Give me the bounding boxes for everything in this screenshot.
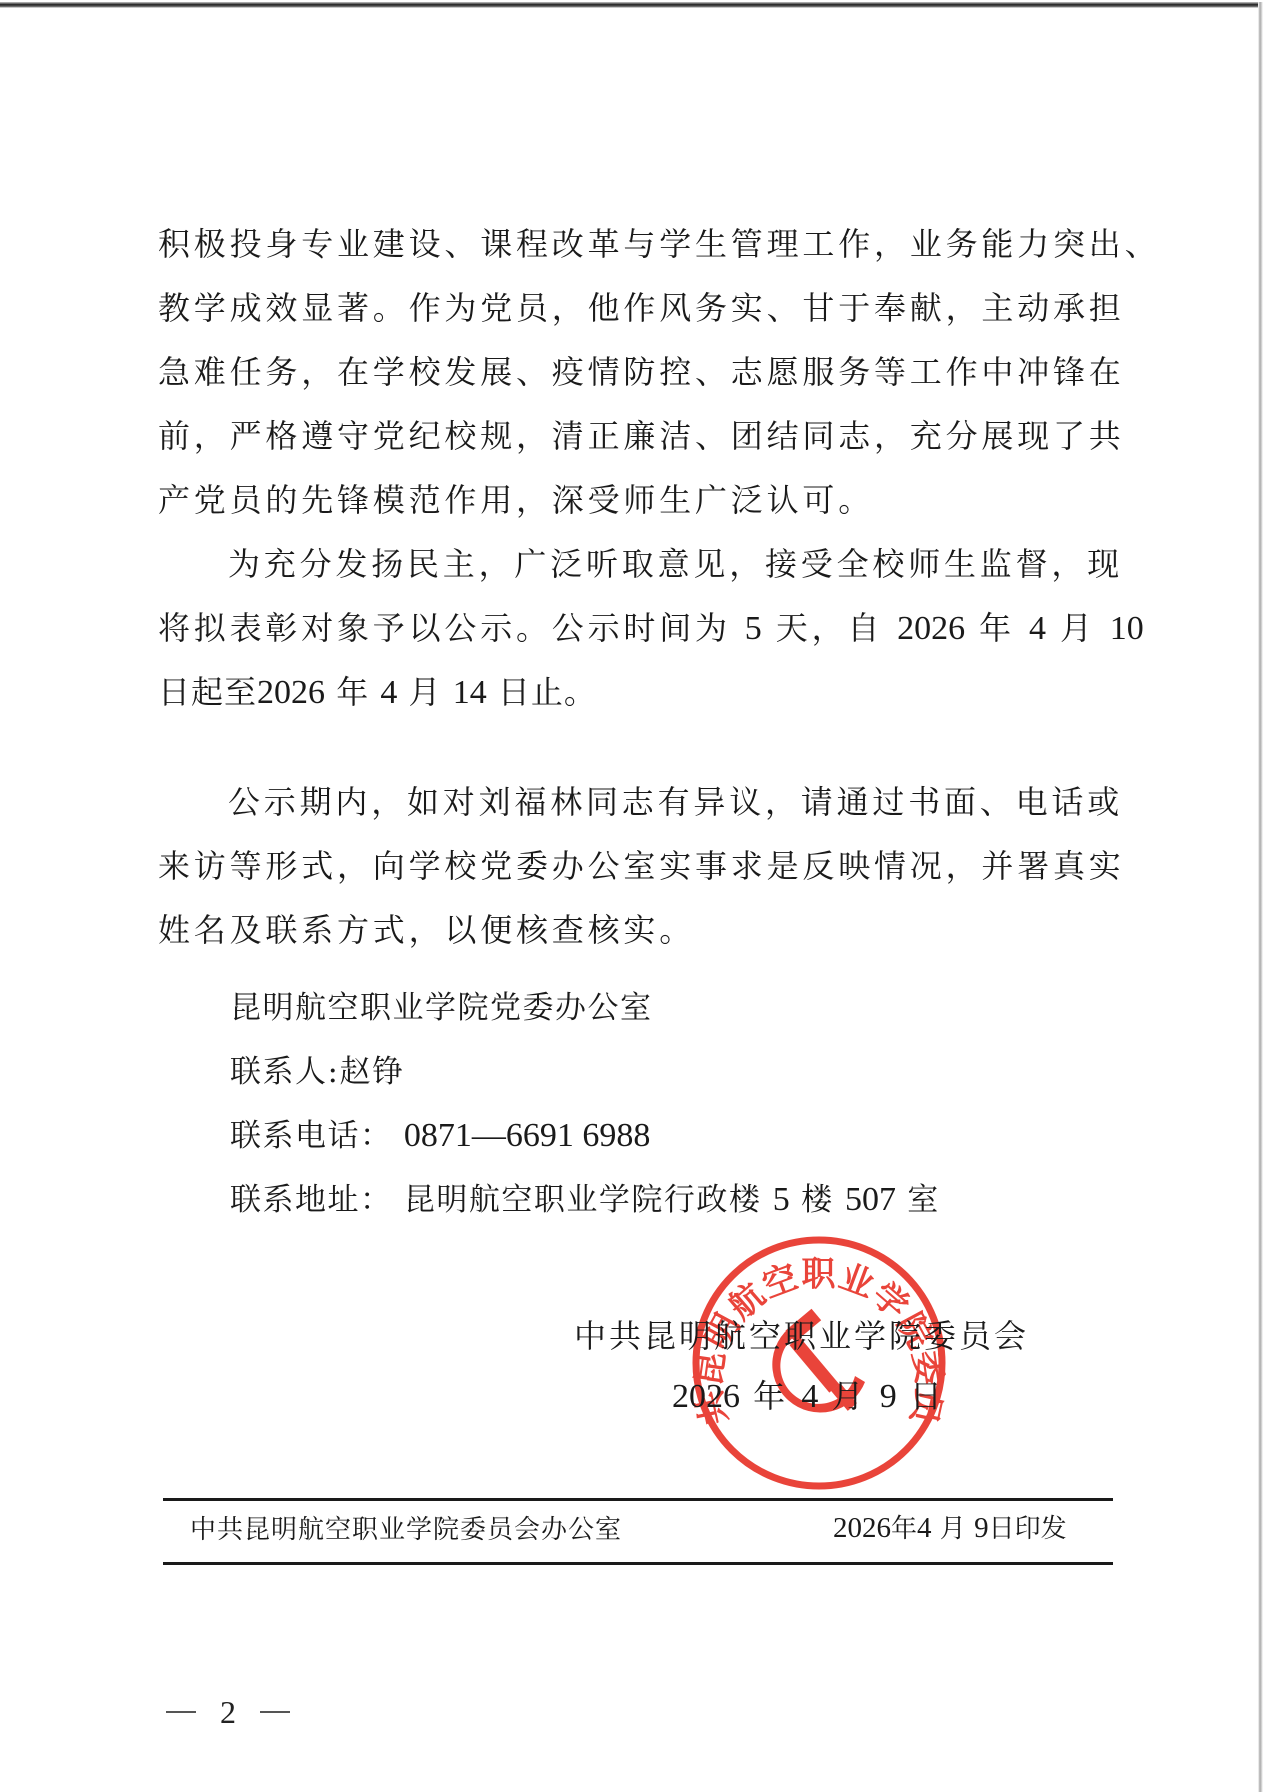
signature-month: 4 xyxy=(801,1378,818,1415)
start-year: 2026 xyxy=(897,610,965,647)
page-dash-right xyxy=(260,1711,290,1713)
signature-day: 9 xyxy=(880,1378,897,1415)
year-char: 年 xyxy=(336,673,369,711)
day-char: 日 xyxy=(910,1377,945,1415)
scan-edge-top xyxy=(0,2,1262,8)
page-number: 2 xyxy=(166,1692,290,1732)
body-line: 急难任务，在学校发展、疫情防控、志愿服务等工作中冲锋在 xyxy=(158,352,1125,392)
objection-line: 来访等形式，向学校党委办公室实事求是反映情况，并署真实 xyxy=(158,846,1125,886)
print-day: 9 xyxy=(974,1512,989,1544)
signature-date: 2026 年 4 月 9 日 xyxy=(672,1376,945,1416)
end-month: 4 xyxy=(380,674,397,711)
footer-issuing-office: 中共昆明航空职业学院委员会办公室 xyxy=(190,1512,622,1548)
start-month: 4 xyxy=(1029,610,1046,647)
publicity-duration: 5 xyxy=(745,610,762,647)
publicity-text: 日止。 xyxy=(498,673,597,711)
publicity-line: 为充分发扬民主，广泛听取意见，接受全校师生监督，现 xyxy=(228,544,1123,584)
publicity-line: 日起至2026 年 4 月 14 日止。 xyxy=(158,672,597,712)
body-line: 产党员的先锋模范作用，深受师生广泛认可。 xyxy=(158,480,874,520)
floor-char: 楼 xyxy=(801,1182,834,1218)
objection-line: 公示期内，如对刘福林同志有异议，请通过书面、电话或 xyxy=(228,782,1123,822)
contact-person-name: 赵铮 xyxy=(339,1054,404,1090)
contact-address-label: 联系地址： xyxy=(230,1182,393,1218)
print-suffix: 日印发 xyxy=(989,1514,1067,1544)
contact-phone-number: 0871—6691 6988 xyxy=(404,1117,651,1154)
month-char: 月 xyxy=(940,1514,966,1544)
contact-address-building: 昆明航空职业学院行政楼 xyxy=(404,1182,762,1218)
publicity-line: 将拟表彰对象予以公示。公示时间为 5 天，自 2026 年 4 月 10 xyxy=(158,608,1144,648)
scan-edge-right xyxy=(1258,2,1263,1792)
footer-rule-bottom xyxy=(163,1562,1113,1565)
end-day: 14 xyxy=(453,674,487,711)
objection-line: 姓名及联系方式，以便核查核实。 xyxy=(158,910,695,950)
contact-address-room: 507 xyxy=(845,1181,896,1218)
official-seal-icon: 中共昆明航空职业学院委员会 xyxy=(690,1234,948,1492)
contact-phone-label: 联系电话： xyxy=(230,1118,393,1154)
publicity-text: 将拟表彰对象予以公示。公示时间为 xyxy=(158,609,731,647)
publicity-text: 日起至 xyxy=(158,673,257,711)
contact-phone: 联系电话： 0871—6691 6988 xyxy=(230,1116,650,1156)
contact-office: 昆明航空职业学院党委办公室 xyxy=(230,988,653,1028)
month-char: 月 xyxy=(409,673,442,711)
year-char: 年 xyxy=(979,609,1015,647)
month-char: 月 xyxy=(1060,609,1096,647)
room-char: 室 xyxy=(907,1182,940,1218)
year-char: 年 xyxy=(753,1377,788,1415)
signature-year: 2026 xyxy=(672,1378,740,1415)
body-line: 积极投身专业建设、课程改革与学生管理工作，业务能力突出、 xyxy=(158,224,1160,264)
page-dash-left xyxy=(166,1711,196,1713)
publicity-text: 天，自 xyxy=(776,609,883,647)
contact-address-floor: 5 xyxy=(773,1181,790,1218)
year-char: 年 xyxy=(891,1514,917,1544)
end-year: 2026 xyxy=(257,674,325,711)
print-year: 2026 xyxy=(833,1512,891,1544)
page-number-value: 2 xyxy=(220,1692,236,1732)
contact-address: 联系地址： 昆明航空职业学院行政楼 5 楼 507 室 xyxy=(230,1180,940,1220)
signature-issuer: 中共昆明航空职业学院委员会 xyxy=(574,1316,1029,1356)
start-day: 10 xyxy=(1110,610,1144,647)
body-line: 前，严格遵守党纪校规，清正廉洁、团结同志，充分展现了共 xyxy=(158,416,1125,456)
contact-person: 联系人:赵铮 xyxy=(230,1052,404,1092)
print-month: 4 xyxy=(917,1512,932,1544)
footer-print-date: 2026年4 月 9日印发 xyxy=(833,1510,1067,1547)
month-char: 月 xyxy=(832,1377,867,1415)
body-line: 教学成效显著。作为党员，他作风务实、甘于奉献，主动承担 xyxy=(158,288,1125,328)
contact-person-label: 联系人: xyxy=(230,1054,339,1090)
footer-rule-top xyxy=(163,1498,1113,1501)
